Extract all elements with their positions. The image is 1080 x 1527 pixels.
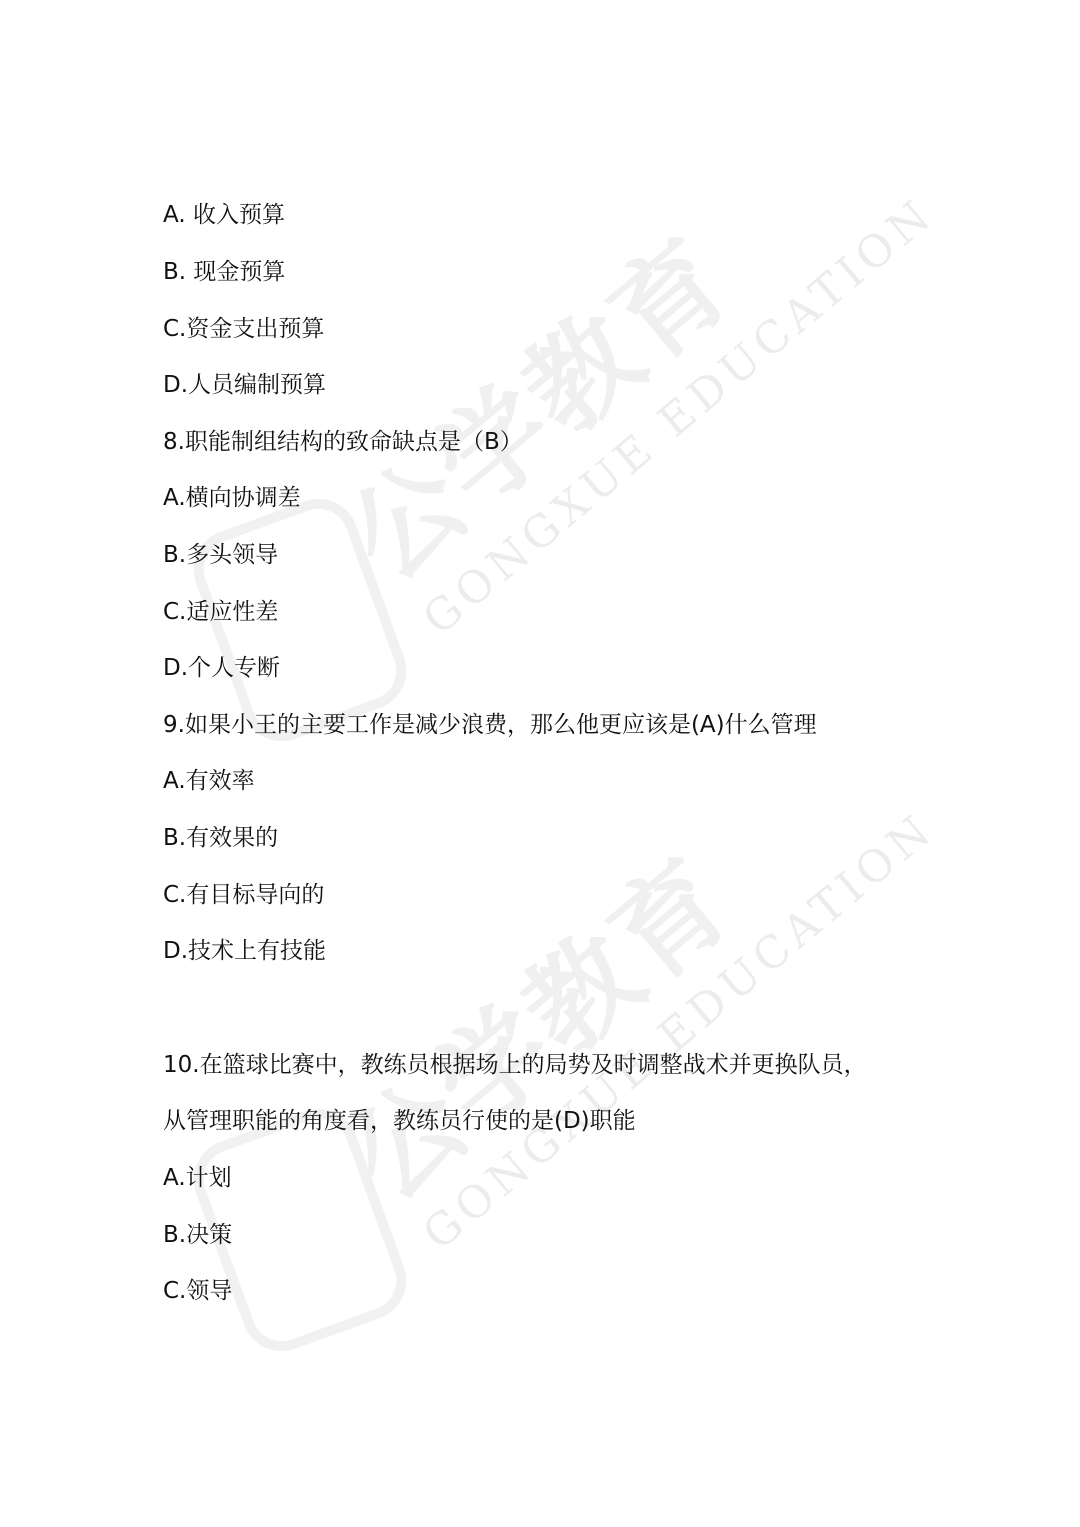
q10-option-a: A.计划 (163, 1163, 232, 1193)
watermark-brand-cn: 公学教育 (309, 815, 760, 1229)
q7-option-b: B. 现金预算 (163, 257, 285, 287)
q9-stem: 9.如果小王的主要工作是减少浪费，那么他更应该是(A)什么管理 (163, 710, 817, 740)
q7-option-d: D.人员编制预算 (163, 370, 326, 400)
q8-option-b: B.多头领导 (163, 540, 278, 570)
document-page: 公学教育 GONGXUE EDUCATION 公学教育 GONGXUE EDUC… (0, 0, 1080, 1527)
q8-option-c: C.适应性差 (163, 597, 278, 627)
q10-option-c: C.领导 (163, 1276, 232, 1306)
q7-option-a: A. 收入预算 (163, 200, 285, 230)
watermark-brand-en: GONGXUE EDUCATION (414, 188, 945, 645)
q10-option-b: B.决策 (163, 1220, 232, 1250)
q8-stem: 8.职能制组结构的致命缺点是（B） (163, 427, 523, 457)
q9-option-a: A.有效率 (163, 766, 255, 796)
q9-option-b: B.有效果的 (163, 823, 278, 853)
watermark-brand-en: GONGXUE EDUCATION (414, 803, 945, 1260)
q10-stem-line1: 10.在篮球比赛中，教练员根据场上的局势及时调整战术并更换队员， (163, 1050, 867, 1080)
q9-option-c: C.有目标导向的 (163, 880, 324, 910)
q7-option-c: C.资金支出预算 (163, 314, 324, 344)
q8-option-d: D.个人专断 (163, 653, 280, 683)
watermark-brand-cn: 公学教育 (309, 195, 760, 609)
q10-stem-line2: 从管理职能的角度看，教练员行使的是(D)职能 (163, 1106, 636, 1136)
q9-option-d: D.技术上有技能 (163, 936, 326, 966)
q8-option-a: A.横向协调差 (163, 483, 301, 513)
